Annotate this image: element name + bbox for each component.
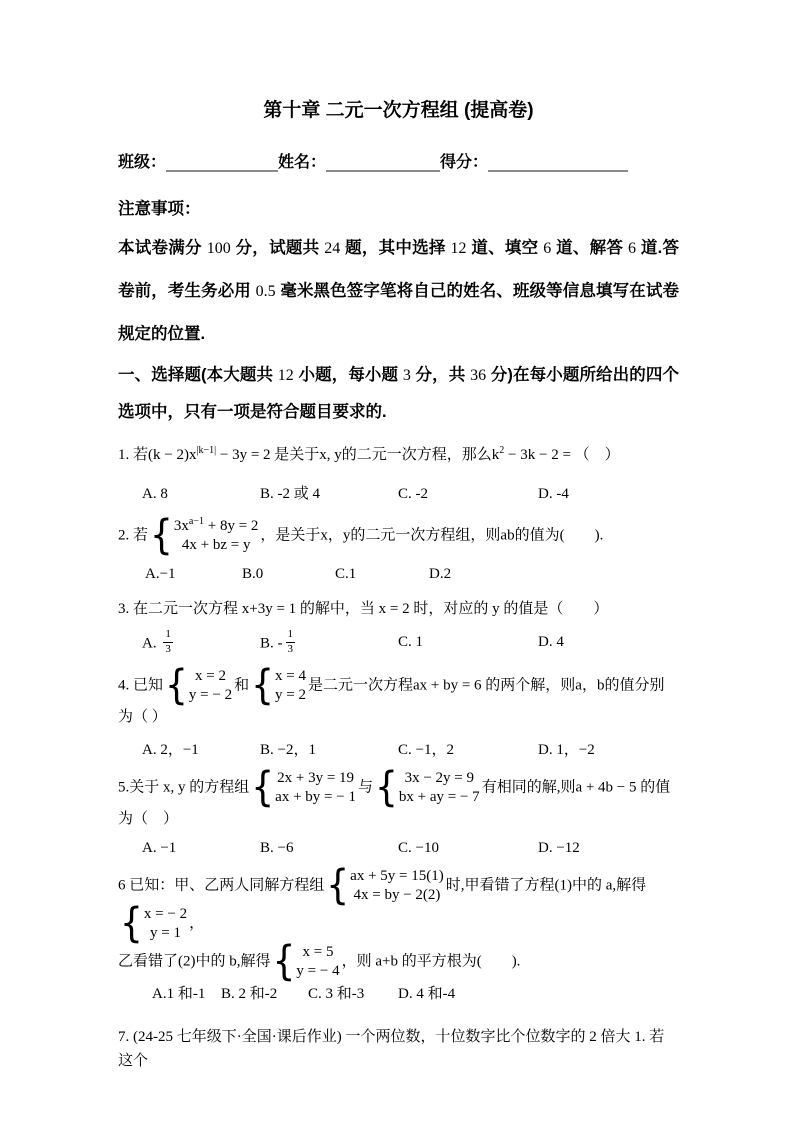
equation-system: {2x + 3y = 19ax + by = − 1 [251,769,356,807]
option-b: B. −6 [260,837,398,859]
question-2-options: A.−1 B.0 C.1 D.2 [118,563,679,585]
option-b: B. 2 和-2 [221,983,308,1005]
left-brace: { [251,769,274,806]
question-4-text: 4. 已知 [118,678,163,694]
notice-text: 题，其中选择 [340,239,450,257]
equation: y = − 4 [296,962,339,981]
notice-number: 24 [324,240,340,257]
equation-system: {x = − 2y = 1 [120,905,187,943]
question-6-text: ， [189,916,204,932]
option-a: A. 8 [142,483,260,505]
option-c: C. −10 [398,837,538,859]
option-a: A. −1 [142,837,260,859]
question-4-text: 和 [234,678,249,694]
equation: y = 2 [275,686,306,705]
option-b: B. −2，1 [260,739,398,761]
question-1-text: 1. 若(k − 2)x [118,447,196,463]
section-number: 3 [403,367,411,384]
equation: x = 2 [195,667,226,686]
option-c: C. 3 和-3 [308,983,398,1005]
option-b: B. -2 或 4 [260,483,398,505]
notice-text: 分，试题共 [231,239,325,257]
score-label: 得分： [440,149,488,172]
question-1-text: − 3k − 2 = （ ） [504,447,619,463]
equation: bx + ay = − 7 [399,788,480,807]
equation-system: {x = 4y = 2 [251,667,306,705]
notice-number: 6 [628,240,636,257]
left-brace: { [375,769,398,806]
question-2-text: ，是关于x，y的二元一次方程组，则ab的值为( ). [260,527,603,543]
fraction-denominator: 3 [165,643,171,656]
equation: ax + 5y = 15(1) [350,867,444,886]
question-2: 2. 若{3xa−1 + 8y = 24x + bz = y，是关于x，y的二元… [118,517,679,555]
question-7-text: 7. (24-25 七年级下·全国·课后作业) 一个两位数，十位数字比个位数字的… [118,1029,664,1069]
question-4-options: A. 2，−1 B. −2，1 C. −1，2 D. 1，−2 [118,739,679,761]
question-5-text: 5.关于 x, y 的方程组 [118,780,249,796]
left-brace: { [326,867,349,904]
equation: 3x [174,518,189,534]
notice-text: 道、填空 [467,239,544,257]
option-label: A. [142,635,160,651]
section-text: 分，共 [411,366,470,384]
question-6-text: 乙看错了(2)中的 b,解得 [118,954,271,970]
left-brace: { [273,943,296,980]
equation-system: {x = 2y = − 2 [165,667,232,705]
section-number: 36 [470,367,486,384]
option-c: C. −1，2 [398,739,538,761]
fraction-numerator: 1 [286,629,296,643]
notice-paragraph: 本试卷满分 100 分，试题共 24 题，其中选择 12 道、填空 6 道、解答… [118,227,679,355]
equation-system: {ax + 5y = 15(1)4x = by − 2(2) [326,867,443,905]
question-6-options: A.1 和-1 B. 2 和-2 C. 3 和-3 D. 4 和-4 [118,983,679,1005]
option-a: A. 13 [142,631,260,657]
equation: 2x + 3y = 19 [277,769,354,788]
class-label: 班级： [118,149,166,172]
question-1: 1. 若(k − 2)x|k−1| − 3y = 2 是关于x, y的二元一次方… [118,443,679,467]
section-number: 12 [278,367,294,384]
question-6-line-2: 乙看错了(2)中的 b,解得{x = 5y = − 4，则 a+b 的平方根为(… [118,943,679,981]
notice-number: 0.5 [256,283,276,300]
question-5-text: 与 [358,780,373,796]
exam-document-page: 第十章 二元一次方程组 (提高卷) 班级：姓名：得分： 注意事项： 本试卷满分 … [0,0,793,1122]
name-label: 姓名： [278,149,326,172]
equation: 4x + bz = y [182,536,251,555]
equation-system: {x = 5y = − 4 [273,943,340,981]
fraction-denominator: 3 [288,643,294,656]
equation: 4x = by − 2(2) [354,886,441,905]
question-4: 4. 已知{x = 2y = − 2和{x = 4y = 2是二元一次方程ax … [118,667,679,729]
question-3-text: 3. 在二元一次方程 x+3y = 1 的解中，当 x = 2 时，对应的 y … [118,601,608,617]
exponent: a−1 [189,516,204,527]
question-2-text: 2. 若 [118,527,148,543]
notice-text: 道、解答 [551,239,628,257]
option-c: C. -2 [398,483,538,505]
equation-system: {3xa−1 + 8y = 24x + bz = y [150,517,258,555]
notice-number: 12 [451,240,467,257]
notice-text: 本试卷满分 [118,239,207,257]
question-1-text: − 3y = 2 是关于x, y的二元一次方程，那么k [216,447,499,463]
exponent: |k−1| [196,445,216,456]
option-a: A.−1 [145,563,242,585]
equation-system: {3x − 2y = 9bx + ay = − 7 [375,769,480,807]
equation: ax + by = − 1 [275,788,356,807]
question-3-options: A. 13 B. -13 C. 1 D. 4 [118,631,679,657]
section-text: 小题，每小题 [294,366,403,384]
student-info-row: 班级：姓名：得分： [118,149,679,172]
fraction-numerator: 1 [163,629,173,643]
option-b: B. -13 [260,631,398,657]
question-5: 5.关于 x, y 的方程组{2x + 3y = 19ax + by = − 1… [118,769,679,831]
section-text: 一、选择题(本大题共 [118,366,278,384]
equation: x = 5 [303,943,334,962]
left-brace: { [251,667,274,704]
left-brace: { [165,667,188,704]
equation: x = 4 [275,667,306,686]
question-6-line-1: 6 已知：甲、乙两人同解方程组{ax + 5y = 15(1)4x = by −… [118,867,679,943]
equation: 3x − 2y = 9 [405,769,474,788]
question-3: 3. 在二元一次方程 x+3y = 1 的解中，当 x = 2 时，对应的 y … [118,597,679,621]
fraction: 13 [163,629,173,655]
class-blank-field [166,152,278,172]
equation: y = − 2 [189,686,232,705]
notice-number: 100 [207,240,231,257]
question-6-text: 6 已知：甲、乙两人同解方程组 [118,878,324,894]
option-b: B.0 [242,563,335,585]
option-d: D.2 [429,563,679,585]
option-d: D. 4 和-4 [398,983,679,1005]
option-label: B. - [260,635,283,651]
equation: + 8y = 2 [204,518,258,534]
section-1-heading: 一、选择题(本大题共 12 小题，每小题 3 分，共 36 分)在每小题所给出的… [118,357,679,431]
option-c: C. 1 [398,631,538,657]
equation: y = 1 [150,924,181,943]
score-blank-field [488,152,628,172]
question-5-options: A. −1 B. −6 C. −10 D. −12 [118,837,679,859]
option-d: D. 4 [538,631,679,657]
question-6-text: 时,甲看错了方程(1)中的 a,解得 [446,878,646,894]
page-title: 第十章 二元一次方程组 (提高卷) [118,98,679,124]
name-blank-field [326,152,440,172]
equation: x = − 2 [144,905,187,924]
option-d: D. 1，−2 [538,739,679,761]
notice-heading: 注意事项： [118,195,679,219]
left-brace: { [120,905,143,942]
fraction: 13 [286,629,296,655]
question-7: 7. (24-25 七年级下·全国·课后作业) 一个两位数，十位数字比个位数字的… [118,1025,679,1073]
option-c: C.1 [335,563,429,585]
left-brace: { [150,517,173,554]
option-d: D. -4 [538,483,679,505]
question-1-options: A. 8 B. -2 或 4 C. -2 D. -4 [118,483,679,505]
option-a: A. 2，−1 [142,739,260,761]
option-a: A.1 和-1 [152,983,221,1005]
option-d: D. −12 [538,837,679,859]
question-6-text: ，则 a+b 的平方根为( ). [342,954,521,970]
